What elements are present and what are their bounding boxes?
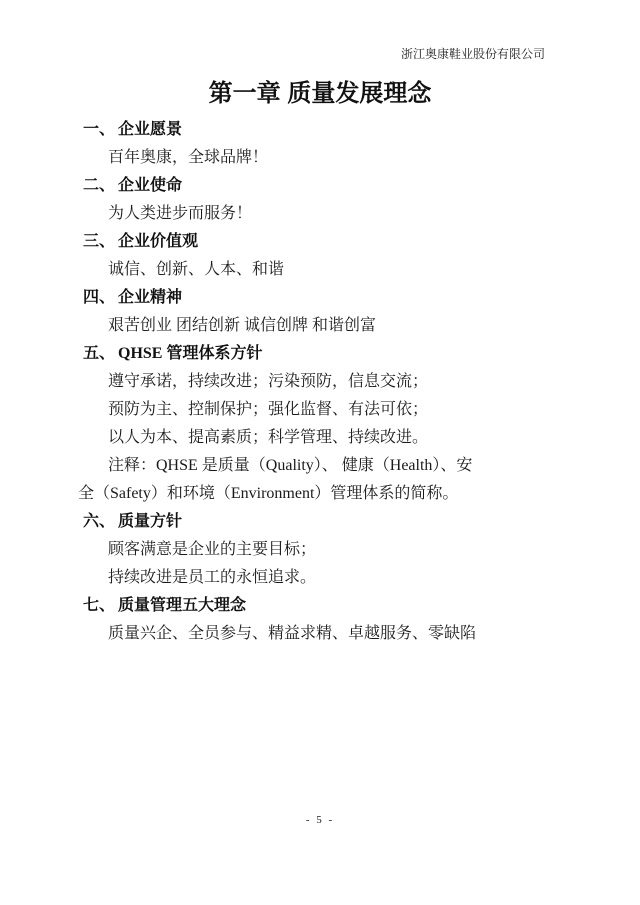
section-heading: 四、企业精神 <box>78 284 562 312</box>
body-line: 诚信、创新、人本、和谐 <box>78 256 562 284</box>
document-body: 一、企业愿景 百年奥康，全球品牌！ 二、企业使命 为人类进步而服务！ 三、企业价… <box>78 116 562 648</box>
document-page: 浙江奥康鞋业股份有限公司 第一章 质量发展理念 一、企业愿景 百年奥康，全球品牌… <box>0 0 640 905</box>
section-heading-text: 企业愿景 <box>118 121 182 138</box>
qhse-note-line: 注释：QHSE 是质量（Quality）、 健康（Health）、安 <box>78 452 562 480</box>
section-heading-text: 质量管理五大理念 <box>118 597 246 614</box>
section-vision: 一、企业愿景 百年奥康，全球品牌！ <box>78 116 562 172</box>
body-line: 预防为主、控制保护；强化监督、有法可依； <box>78 396 562 424</box>
section-number: 二、 <box>83 177 115 194</box>
section-values: 三、企业价值观 诚信、创新、人本、和谐 <box>78 228 562 284</box>
section-heading-text: 企业价值观 <box>118 233 198 250</box>
section-number: 四、 <box>83 289 115 306</box>
section-number: 五、 <box>83 345 115 362</box>
section-number: 七、 <box>83 597 115 614</box>
section-heading-text: 企业精神 <box>118 289 182 306</box>
body-line: 顾客满意是企业的主要目标； <box>78 536 562 564</box>
body-line: 为人类进步而服务！ <box>78 200 562 228</box>
section-heading-text: QHSE 管理体系方针 <box>118 345 262 362</box>
body-line: 遵守承诺，持续改进；污染预防，信息交流； <box>78 368 562 396</box>
section-heading-text: 企业使命 <box>118 177 182 194</box>
section-spirit: 四、企业精神 艰苦创业 团结创新 诚信创牌 和谐创富 <box>78 284 562 340</box>
chapter-title: 第一章 质量发展理念 <box>0 79 640 109</box>
section-number: 三、 <box>83 233 115 250</box>
body-line: 以人为本、提高素质；科学管理、持续改进。 <box>78 424 562 452</box>
section-heading: 三、企业价值观 <box>78 228 562 256</box>
page-number: - 5 - <box>0 814 640 826</box>
section-heading: 二、企业使命 <box>78 172 562 200</box>
section-five-concepts: 七、质量管理五大理念 质量兴企、全员参与、精益求精、卓越服务、零缺陷 <box>78 592 562 648</box>
section-heading: 六、质量方针 <box>78 508 562 536</box>
section-mission: 二、企业使命 为人类进步而服务！ <box>78 172 562 228</box>
section-heading: 五、QHSE 管理体系方针 <box>78 340 562 368</box>
section-heading: 七、质量管理五大理念 <box>78 592 562 620</box>
section-quality-policy: 六、质量方针 顾客满意是企业的主要目标； 持续改进是员工的永恒追求。 <box>78 508 562 592</box>
section-heading: 一、企业愿景 <box>78 116 562 144</box>
section-number: 六、 <box>83 513 115 530</box>
body-line: 持续改进是员工的永恒追求。 <box>78 564 562 592</box>
section-qhse-policy: 五、QHSE 管理体系方针 遵守承诺，持续改进；污染预防，信息交流； 预防为主、… <box>78 340 562 508</box>
body-line: 百年奥康，全球品牌！ <box>78 144 562 172</box>
section-heading-text: 质量方针 <box>118 513 182 530</box>
body-line: 质量兴企、全员参与、精益求精、卓越服务、零缺陷 <box>78 620 562 648</box>
section-number: 一、 <box>83 121 115 138</box>
qhse-note-line: 全（Safety）和环境（Environment）管理体系的简称。 <box>78 480 562 508</box>
company-name-header: 浙江奥康鞋业股份有限公司 <box>401 47 545 62</box>
body-line: 艰苦创业 团结创新 诚信创牌 和谐创富 <box>78 312 562 340</box>
